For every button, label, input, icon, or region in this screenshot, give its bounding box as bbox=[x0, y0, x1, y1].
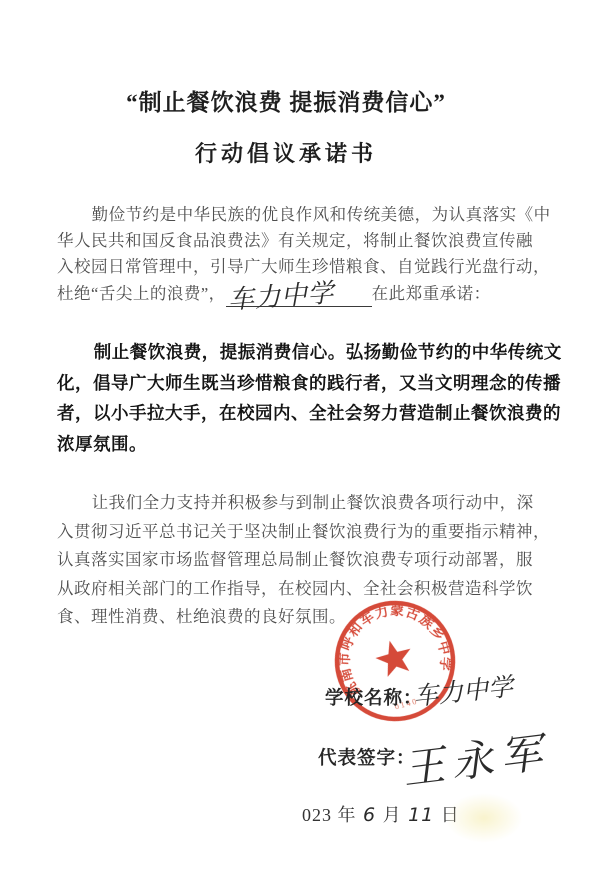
paragraph-intro-line: 入校园日常管理中，引导广大师生珍惜粮食、自觉践行光盘行动， bbox=[57, 254, 517, 280]
paragraph-intro: 勤俭节约是中华民族的优良作风和传统美德，为认真落实《中 华人民共和国反食品浪费法… bbox=[57, 202, 517, 307]
paragraph-action-line: 让我们全力支持并积极参与到制止餐饮浪费各项行动中，深 bbox=[57, 489, 517, 518]
paragraph-intro-line: 华人民共和国反食品浪费法》有关规定，将制止餐饮浪费宣传融 bbox=[57, 228, 517, 254]
scanned-commitment-letter: “制止餐饮浪费 提振消费信心” 行动倡议承诺书 勤俭节约是中华民族的优良作风和传… bbox=[0, 0, 591, 886]
blank-line-prefix-text: 杜绝“舌尖上的浪费”， bbox=[57, 281, 226, 307]
paragraph-pledge-bold: 制止餐饮浪费，提振消费信心。弘扬勤俭节约的中华传统文 化，倡导广大师生既当珍惜粮… bbox=[57, 337, 517, 459]
document-title-line2: 行动倡议承诺书 bbox=[57, 137, 515, 168]
stamp-star-icon bbox=[372, 636, 416, 679]
school-name-label: 学校名称： bbox=[325, 689, 423, 709]
document-title-line1: “制止餐饮浪费 提振消费信心” bbox=[57, 84, 515, 117]
day-label: 日 bbox=[441, 805, 460, 825]
paragraph-pledge-line: 浓厚氛围。 bbox=[57, 429, 517, 460]
date-line: 023 年 6 月 11 日 bbox=[302, 801, 460, 827]
date-year-text: 023 年 bbox=[302, 805, 357, 825]
paragraph-intro-line: 勤俭节约是中华民族的优良作风和传统美德，为认真落实《中 bbox=[57, 202, 517, 228]
paragraph-pledge-line: 者，以小手拉大手，在校园内、全社会努力营造制止餐饮浪费的 bbox=[57, 398, 517, 429]
paragraph-action-line: 入贯彻习近平总书记关于坚决制止餐饮浪费行为的重要指示精神， bbox=[57, 518, 517, 547]
handwritten-school-name: 车力中学 bbox=[227, 280, 335, 313]
handwritten-day-number: 11 bbox=[407, 804, 435, 826]
school-name-blank-line: 车力中学 bbox=[226, 280, 372, 307]
blank-line-suffix-text: 在此郑重承诺： bbox=[372, 281, 491, 307]
paragraph-intro-line: 杜绝“舌尖上的浪费”， 车力中学 在此郑重承诺： bbox=[57, 280, 517, 307]
paragraph-pledge-line: 化，倡导广大师生既当珍惜粮食的践行者，又当文明理念的传播 bbox=[57, 368, 517, 399]
school-name-row: 学校名称： 车力中学 bbox=[325, 684, 423, 710]
handwritten-month-number: 6 bbox=[362, 804, 377, 826]
month-label: 月 bbox=[383, 805, 402, 825]
paragraph-pledge-line: 制止餐饮浪费，提振消费信心。弘扬勤俭节约的中华传统文 bbox=[57, 337, 517, 368]
representative-signature-row: 代表签字： 王永军 bbox=[318, 744, 416, 770]
